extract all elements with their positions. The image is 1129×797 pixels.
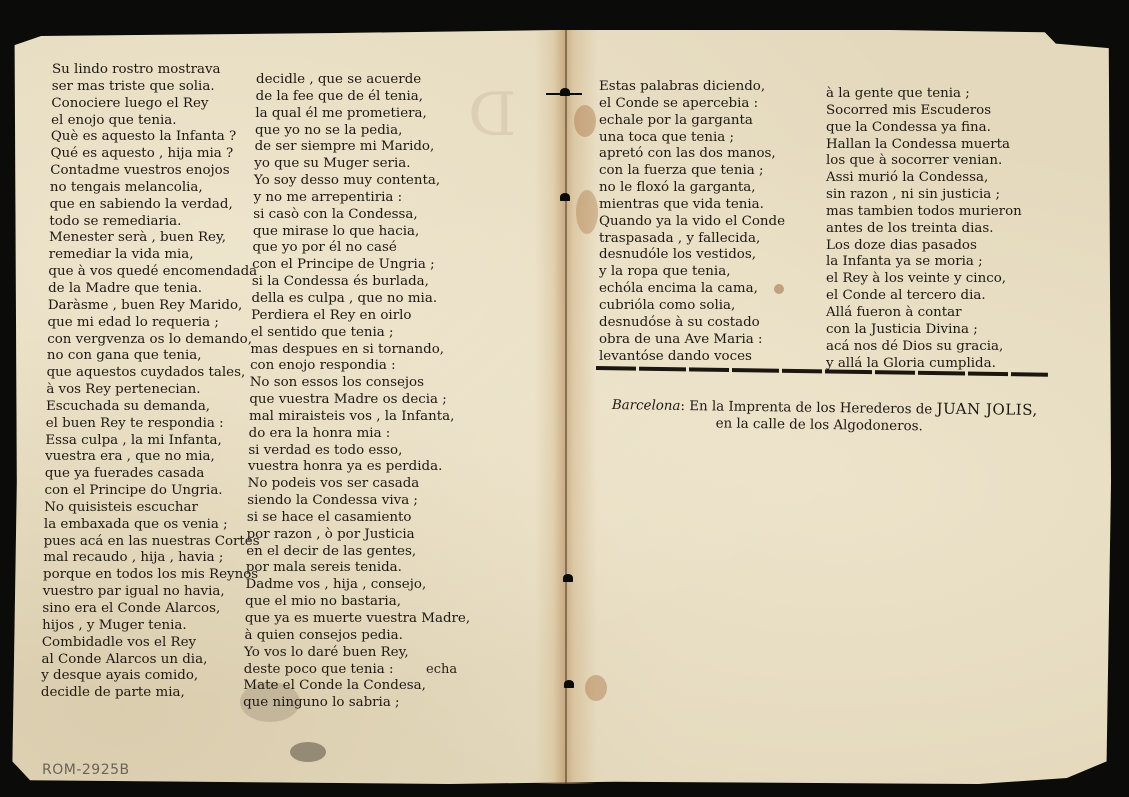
show-through-text: D <box>468 80 516 150</box>
verse-line: no con gana que tenia, <box>47 348 260 365</box>
verse-line: la embaxada que os venia ; <box>44 517 260 534</box>
verse-line: Quando ya la vido el Conde <box>599 214 785 231</box>
shelfmark: ROM-2925B <box>42 762 130 778</box>
verse-line: y desque ayais comido, <box>41 668 259 685</box>
verse-line: Dadme vos , hija , consejo, <box>246 577 471 594</box>
verse-line: que ninguno lo sabria ; <box>243 695 470 712</box>
verse-line: Contadme vuestros enojos <box>50 163 259 180</box>
verse-line: à vos Rey pertenecian. <box>46 382 259 399</box>
verse-line: de ser siempre mi Marido, <box>255 139 471 156</box>
verse-line: que mirase lo que hacia, <box>253 224 470 241</box>
verse-line: que à vos quedé encomendada <box>48 264 259 281</box>
foxing-stain <box>574 105 596 137</box>
verse-line: de la fee que de él tenia, <box>256 89 470 106</box>
binding-hole <box>563 574 573 582</box>
verse-line: vuestra era , que no mia, <box>45 449 260 466</box>
ink-smudge <box>290 742 326 762</box>
foxing-stain <box>585 675 607 701</box>
verse-line: No quisisteis escuchar <box>44 500 259 517</box>
binding-crease <box>546 93 582 95</box>
verse-line: que la Condessa ya fina. <box>826 120 1022 137</box>
verse-line: mal miraisteis vos , la Infanta, <box>249 409 470 426</box>
verse-line: una toca que tenia ; <box>599 130 785 147</box>
verse-line: Què es aquesto la Infanta ? <box>51 129 260 146</box>
right-page-column-1: Estas palabras diciendo,el Conde se aper… <box>599 79 785 365</box>
binding-hole <box>560 193 570 201</box>
verse-line: Yo vos lo daré buen Rey, <box>244 645 470 662</box>
verse-line: con el Principe do Ungria. <box>45 483 260 500</box>
right-page-column-2: à la gente que tenia ;Socorred mis Escud… <box>826 86 1022 372</box>
verse-line: Daràsme , buen Rey Marido, <box>48 298 260 315</box>
verse-line: el Conde se apercebia : <box>599 96 785 113</box>
verse-line: en el decir de las gentes, <box>246 544 470 561</box>
verse-line: Escuchada su demanda, <box>46 399 260 416</box>
verse-line: si casò con la Condessa, <box>253 207 470 224</box>
verse-line: y no me arrepentiria : <box>254 190 471 207</box>
verse-line: al Conde Alarcos un dia, <box>42 652 260 669</box>
verse-line: della es culpa , que no mia. <box>251 291 470 308</box>
verse-line: la qual él me prometiera, <box>255 106 470 123</box>
left-page-column-2: decidle , que se acuerdede la fee que de… <box>256 72 470 712</box>
verse-line: no le floxó la garganta, <box>599 180 785 197</box>
verse-line: el enojo que tenia. <box>51 113 260 130</box>
verse-line: que ya fuerades casada <box>45 466 260 483</box>
verse-line: pues acá en las nuestras Cortes <box>44 534 260 551</box>
verse-line: yo que su Muger seria. <box>254 156 470 173</box>
verse-line: antes de los treinta dias. <box>826 221 1022 238</box>
verse-line: si la Condessa és burlada, <box>252 274 470 291</box>
verse-line: el Conde al tercero dia. <box>826 288 1022 305</box>
verse-line: mas tambien todos murieron <box>826 204 1022 221</box>
verse-line: mas despues en si tornando, <box>250 342 470 359</box>
verse-line: todo se remediaria. <box>49 214 259 231</box>
verse-line: acá nos dé Dios su gracia, <box>826 339 1022 356</box>
verse-line: el buen Rey te respondia : <box>46 416 260 433</box>
verse-line: mal recaudo , hija , havia ; <box>43 550 259 567</box>
verse-line: Estas palabras diciendo, <box>599 79 785 96</box>
verse-line: vuestro par igual no havia, <box>43 584 260 601</box>
verse-line: No son essos los consejos <box>250 375 470 392</box>
verse-line: Yo soy desso muy contenta, <box>254 173 470 190</box>
verse-line: à quien consejos pedia. <box>244 628 470 645</box>
foxing-stain <box>576 190 598 234</box>
center-fold-line <box>565 30 567 784</box>
verse-line: Qué es aquesto , hija mia ? <box>51 146 260 163</box>
verse-line: hijos , y Muger tenia. <box>42 618 260 635</box>
verse-line: Conociere luego el Rey <box>51 96 259 113</box>
verse-line: que yo no se la pedia, <box>255 123 470 140</box>
verse-line: Los doze dias pasados <box>826 238 1022 255</box>
verse-line: que aquestos cuydados tales, <box>47 365 260 382</box>
verse-line: Mate el Conde la Condesa, <box>243 678 470 695</box>
verse-line: que ya es muerte vuestra Madre, <box>245 611 470 628</box>
verse-line: Combidadle vos el Rey <box>42 635 260 652</box>
imprint-city: Barcelona <box>612 398 681 414</box>
verse-line: à la gente que tenia ; <box>826 86 1022 103</box>
verse-line: ser mas triste que solia. <box>52 79 260 96</box>
verse-line: desnudóle los vestidos, <box>599 247 785 264</box>
imprint: Barcelona: En la Imprenta de los Hereder… <box>612 396 1052 437</box>
verse-line: decidle , que se acuerde <box>256 72 470 89</box>
verse-line: que vuestra Madre os decia ; <box>249 392 470 409</box>
verse-line: Hallan la Condessa muerta <box>826 137 1022 154</box>
verse-line: do era la honra mia : <box>249 426 470 443</box>
verse-line: remediar la vida mia, <box>49 247 260 264</box>
verse-line: Menester serà , buen Rey, <box>49 230 260 247</box>
verse-line: la Infanta ya se moria ; <box>826 254 1022 271</box>
verse-line: echale por la garganta <box>599 113 785 130</box>
verse-line: Allá fueron à contar <box>826 305 1022 322</box>
verse-line: traspasada , y fallecida, <box>599 231 785 248</box>
verse-line: con la Justicia Divina ; <box>826 322 1022 339</box>
binding-hole <box>564 680 574 688</box>
verse-line: que el mio no bastaria, <box>245 594 470 611</box>
verse-line: con la fuerza que tenia ; <box>599 163 785 180</box>
verse-line: que mi edad lo requeria ; <box>48 315 260 332</box>
verse-line: levantóse dando voces <box>599 349 785 366</box>
verse-line: por razon , ò por Justicia <box>247 527 471 544</box>
verse-line: apretó con las dos manos, <box>599 146 785 163</box>
verse-line: Assi murió la Condessa, <box>826 170 1022 187</box>
verse-line: porque en todos los mis Reynos <box>43 567 260 584</box>
verse-line: si verdad es todo esso, <box>248 443 470 460</box>
verse-line: mientras que vida tenia. <box>599 197 785 214</box>
verse-line: que yo por él no casé <box>253 240 471 257</box>
verse-line: sino era el Conde Alarcos, <box>42 601 259 618</box>
verse-line: No podeis vos ser casada <box>248 476 471 493</box>
verse-line: con enojo respondia : <box>250 358 470 375</box>
verse-line: Su lindo rostro mostrava <box>52 62 260 79</box>
verse-line: Essa culpa , la mi Infanta, <box>45 433 259 450</box>
verse-line: con el Principe de Ungria ; <box>252 257 470 274</box>
verse-line: siendo la Condessa viva ; <box>247 493 470 510</box>
verse-line: no tengais melancolia, <box>50 180 260 197</box>
verse-line: Socorred mis Escuderos <box>826 103 1022 120</box>
verse-line: que en sabiendo la verdad, <box>50 197 260 214</box>
catchword: echa <box>426 662 457 677</box>
verse-line: y la ropa que tenia, <box>599 264 785 281</box>
verse-line: echóla encima la cama, <box>599 281 785 298</box>
verse-line: Perdiera el Rey en oirlo <box>251 308 470 325</box>
verse-line: obra de una Ave Maria : <box>599 332 785 349</box>
verse-line: el Rey à los veinte y cinco, <box>826 271 1022 288</box>
verse-line: vuestra honra ya es perdida. <box>248 459 470 476</box>
verse-line: cubrióla como solia, <box>599 298 785 315</box>
verse-line: los que à socorrer venian. <box>826 153 1022 170</box>
verse-line: sin razon , ni sin justicia ; <box>826 187 1022 204</box>
verse-line: si se hace el casamiento <box>247 510 470 527</box>
verse-line: de la Madre que tenia. <box>48 281 260 298</box>
verse-line: decidle de parte mia, <box>41 685 260 702</box>
verse-line: desnudóse à su costado <box>599 315 785 332</box>
verse-line: el sentido que tenia ; <box>251 325 470 342</box>
left-page-column-1: Su lindo rostro mostravaser mas triste q… <box>52 62 260 702</box>
verse-line: con vergvenza os lo demando, <box>47 332 259 349</box>
imprint-printer: JUAN JOLIS, <box>936 400 1037 419</box>
verse-line: por mala sereis tenida. <box>246 560 470 577</box>
